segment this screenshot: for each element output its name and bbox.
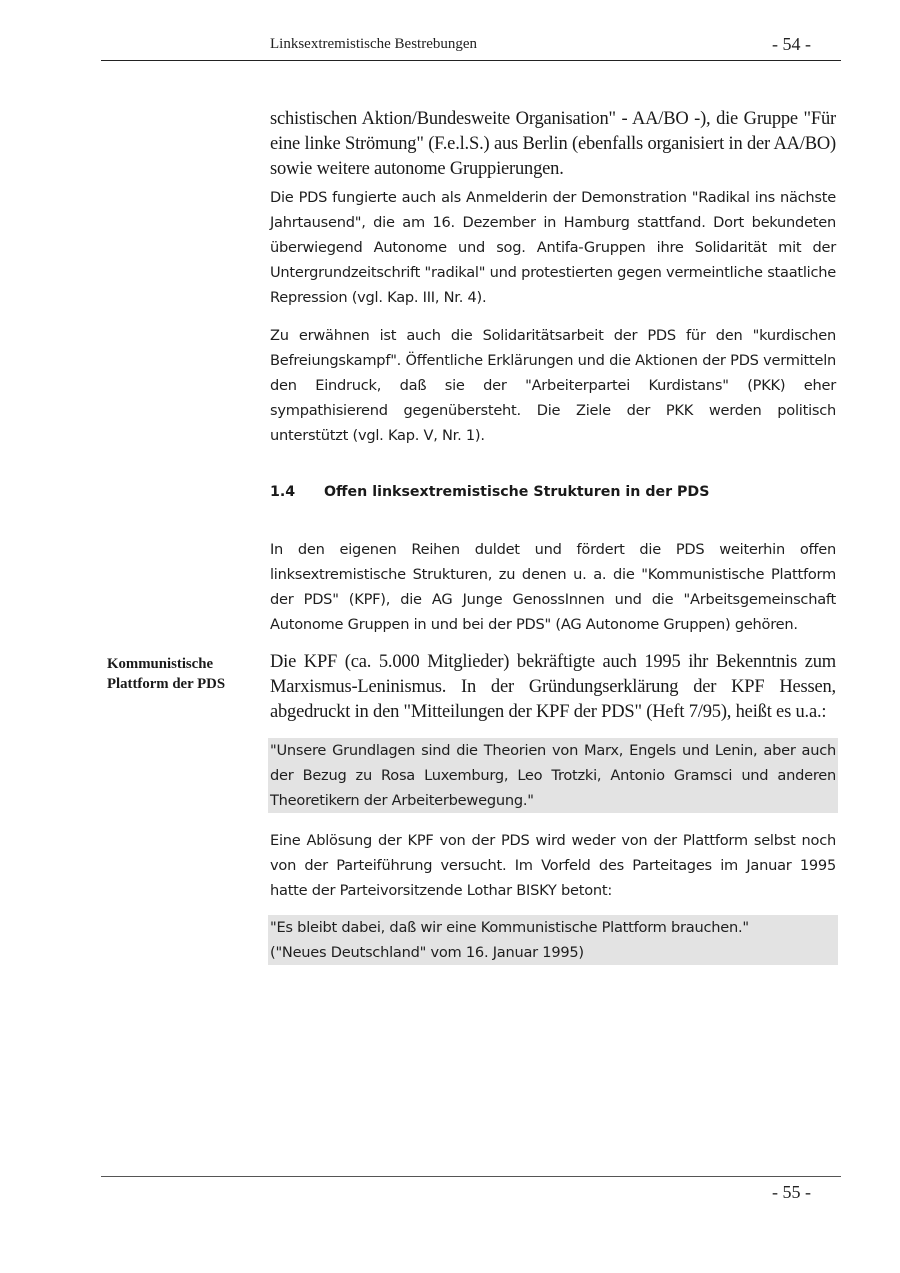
- paragraph-kurdish: Zu erwähnen ist auch die Solidaritätsarb…: [270, 323, 836, 448]
- paragraph-continuation: schistischen Aktion/Bundesweite Organisa…: [270, 107, 836, 182]
- paragraph-text: Die KPF (ca. 5.000 Mitglieder) bekräftig…: [270, 650, 836, 725]
- paragraph-kpf: Die KPF (ca. 5.000 Mitglieder) bekräftig…: [270, 650, 836, 725]
- paragraph-bisky: Eine Ablösung der KPF von der PDS wird w…: [270, 828, 836, 903]
- footer-page-number: - 55 -: [772, 1182, 811, 1203]
- quote-box-kpf: "Unsere Grundlagen sind die Theorien von…: [268, 738, 838, 813]
- paragraph-text: Eine Ablösung der KPF von der PDS wird w…: [270, 828, 836, 903]
- paragraph-text: Die PDS fungierte auch als Anmelderin de…: [270, 185, 836, 310]
- section-number: 1.4: [270, 484, 324, 500]
- quote-box-bisky: "Es bleibt dabei, daß wir eine Kommunist…: [268, 915, 838, 965]
- paragraph-text: In den eigenen Reihen duldet und fördert…: [270, 537, 836, 637]
- header-divider: [101, 60, 841, 61]
- footer-divider: [101, 1176, 841, 1177]
- paragraph-text: schistischen Aktion/Bundesweite Organisa…: [270, 107, 836, 182]
- section-title: Offen linksextremistische Strukturen in …: [324, 484, 709, 500]
- paragraph-structures: In den eigenen Reihen duldet und fördert…: [270, 537, 836, 637]
- quote-source: ("Neues Deutschland" vom 16. Januar 1995…: [270, 940, 838, 965]
- paragraph-text: Zu erwähnen ist auch die Solidaritätsarb…: [270, 323, 836, 448]
- section-heading: 1.4Offen linksextremistische Strukturen …: [270, 484, 836, 500]
- running-title: Linksextremistische Bestrebungen: [270, 36, 477, 53]
- quote-text: "Es bleibt dabei, daß wir eine Kommunist…: [270, 915, 838, 940]
- paragraph-demonstration: Die PDS fungierte auch als Anmelderin de…: [270, 185, 836, 310]
- header-page-number: - 54 -: [772, 34, 811, 55]
- margin-note: Kommunistische Plattform der PDS: [107, 654, 257, 694]
- quote-text: "Unsere Grundlagen sind die Theorien von…: [270, 738, 836, 813]
